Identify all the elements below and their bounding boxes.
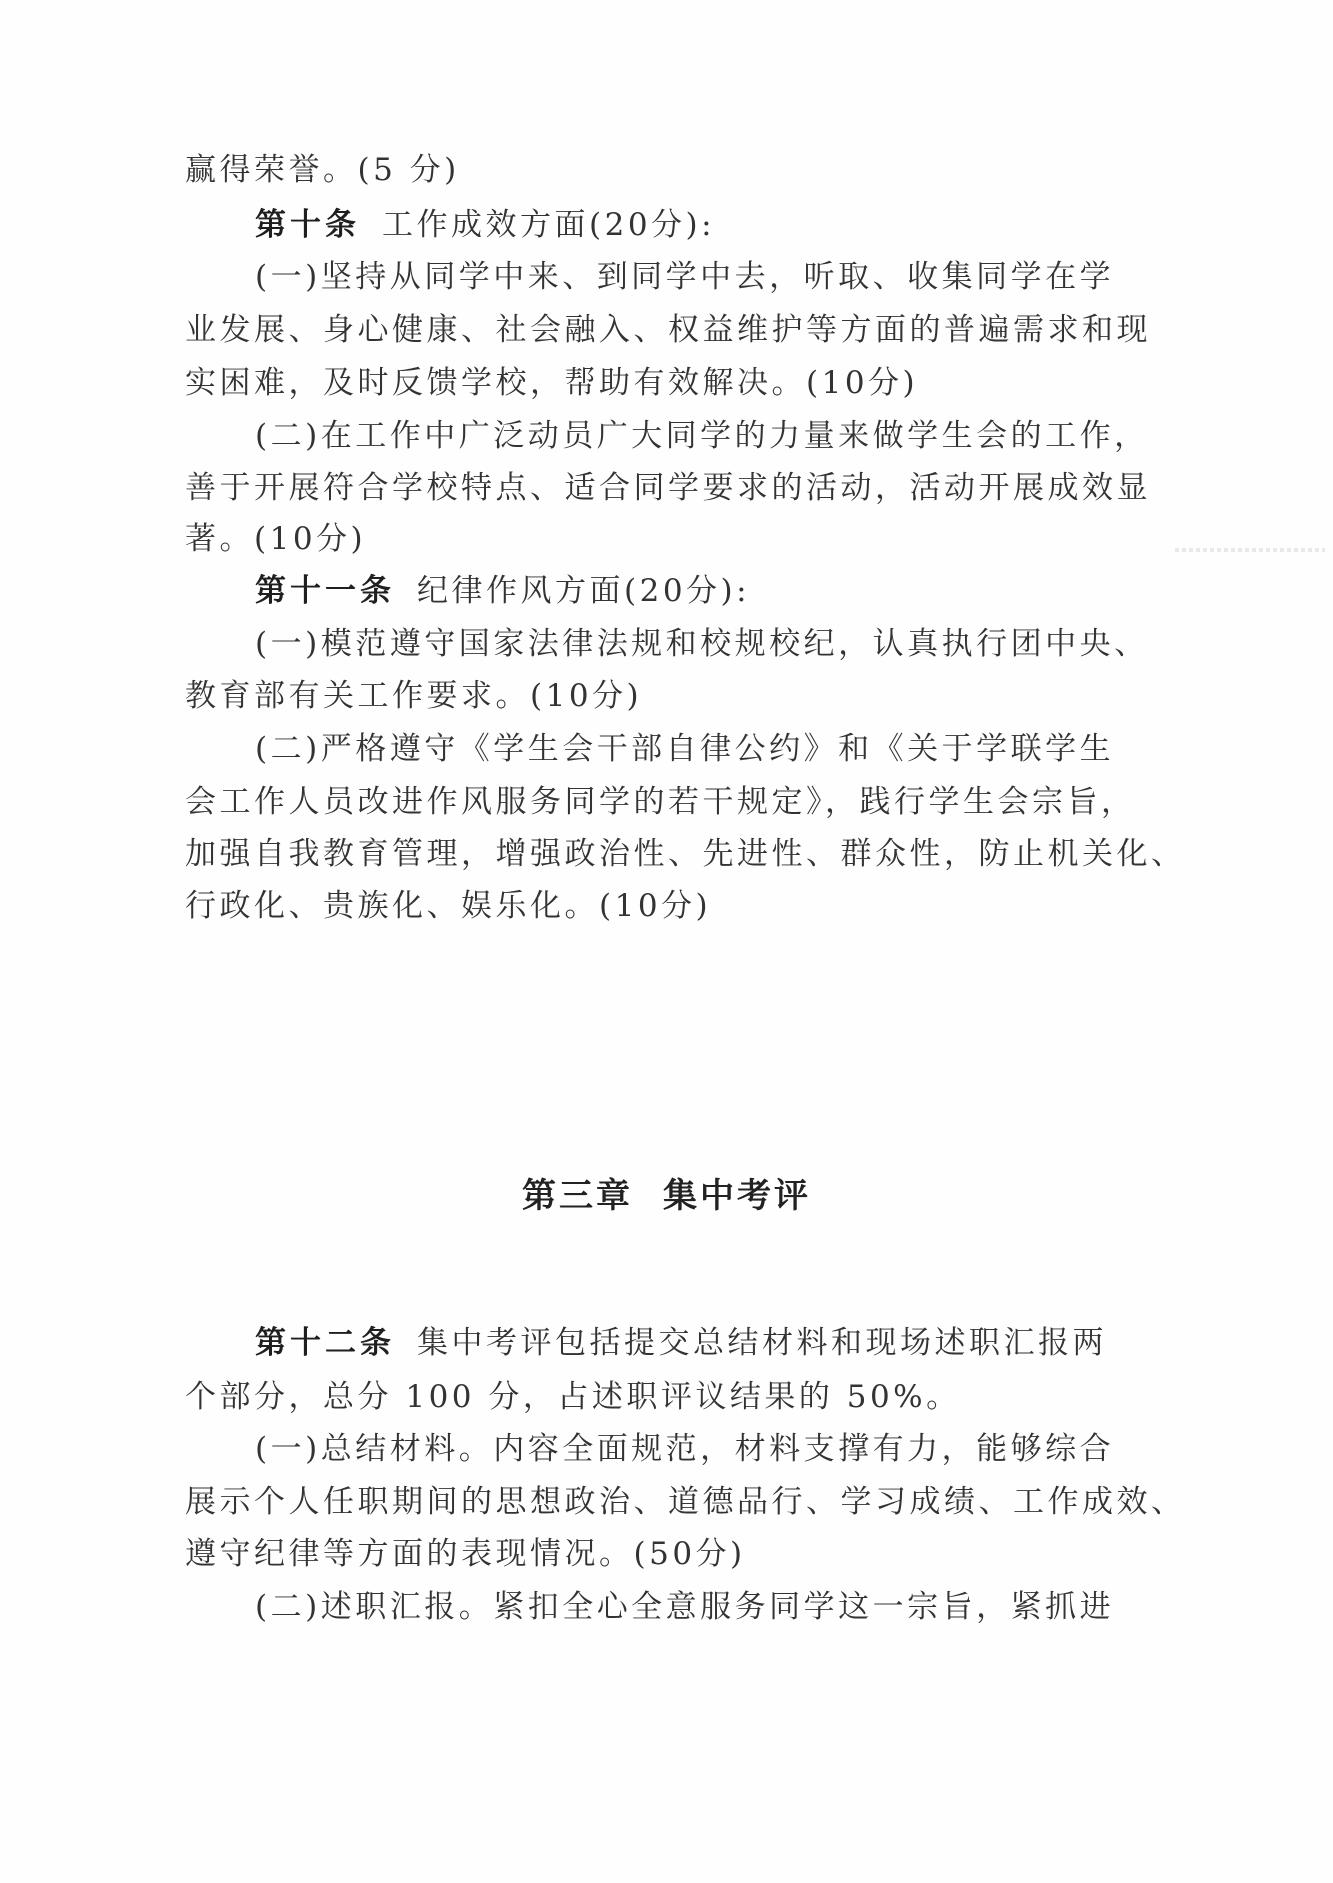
text-line: 善于开展符合学校特点、适合同学要求的活动，活动开展成效显	[185, 468, 1170, 508]
text-line: 业发展、身心健康、社会融入、权益维护等方面的普遍需求和现	[185, 310, 1170, 350]
article-title: 纪律作风方面(20分):	[417, 573, 750, 609]
article-10-heading: 第十条工作成效方面(20分):	[255, 205, 1240, 245]
text-line: (二)在工作中广泛动员广大同学的力量来做学生会的工作，	[255, 416, 1240, 456]
article-label: 第十一条	[255, 573, 395, 609]
text-line: 展示个人任职期间的思想政治、道德品行、学习成绩、工作成效、	[185, 1482, 1170, 1522]
text-line: 教育部有关工作要求。(10分)	[185, 676, 1170, 716]
text-line: 会工作人员改进作风服务同学的若干规定》，践行学生会宗旨，	[185, 782, 1170, 822]
chapter-number: 第三章	[522, 1176, 633, 1216]
text-line: (二)述职汇报。紧扣全心全意服务同学这一宗旨，紧抓进	[255, 1587, 1240, 1627]
document-page: 赢得荣誉。(5 分) 第十条工作成效方面(20分): (一)坚持从同学中来、到同…	[0, 0, 1333, 1883]
text-line: (一)总结材料。内容全面规范，材料支撑有力，能够综合	[255, 1429, 1240, 1469]
text-line: (一)模范遵守国家法律法规和校规校纪，认真执行团中央、	[255, 624, 1240, 664]
scan-artifact	[1175, 548, 1325, 552]
article-11-heading: 第十一条纪律作风方面(20分):	[255, 571, 1240, 611]
text-line: 加强自我教育管理，增强政治性、先进性、群众性，防止机关化、	[185, 834, 1170, 874]
text-line: 赢得荣誉。(5 分)	[185, 150, 1170, 190]
article-label: 第十二条	[255, 1325, 395, 1361]
text-line: 著。(10分)	[185, 519, 1170, 559]
text-line: (一)坚持从同学中来、到同学中去，听取、收集同学在学	[255, 257, 1240, 297]
article-text: 集中考评包括提交总结材料和现场述职汇报两	[417, 1325, 1107, 1361]
chapter-heading: 第三章集中考评	[0, 1174, 1333, 1218]
text-line: 实困难，及时反馈学校，帮助有效解决。(10分)	[185, 363, 1170, 403]
text-line: 遵守纪律等方面的表现情况。(50分)	[185, 1534, 1170, 1574]
text-line: 行政化、贵族化、娱乐化。(10分)	[185, 886, 1170, 926]
chapter-title: 集中考评	[663, 1176, 811, 1216]
article-title: 工作成效方面(20分):	[382, 207, 715, 243]
article-12-heading: 第十二条集中考评包括提交总结材料和现场述职汇报两	[255, 1323, 1240, 1363]
text-line: 个部分，总分 100 分，占述职评议结果的 50%。	[185, 1377, 1170, 1417]
text-line: (二)严格遵守《学生会干部自律公约》和《关于学联学生	[255, 729, 1240, 769]
article-label: 第十条	[255, 207, 360, 243]
